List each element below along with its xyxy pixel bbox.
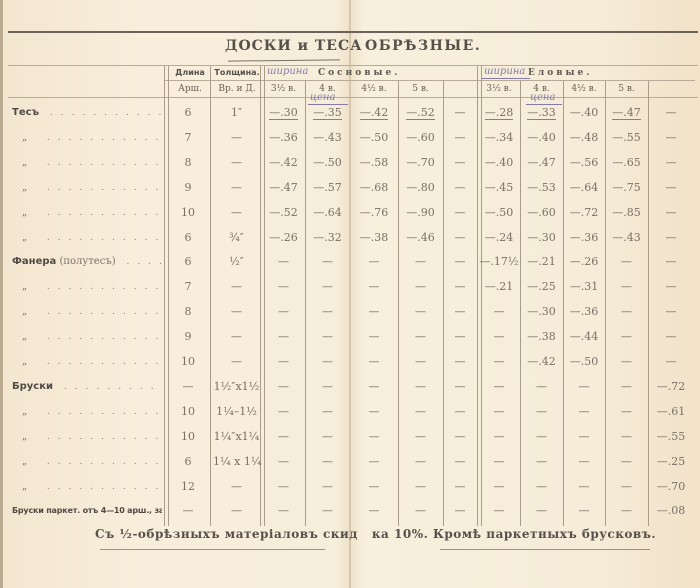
leader-dots: ............	[36, 307, 162, 317]
cell-value: —	[369, 330, 380, 343]
cell-value: 10	[181, 405, 195, 418]
cell-value: 7	[185, 280, 192, 293]
pine-price-cell: —	[398, 474, 443, 500]
spruce-price-cell: —.21	[478, 274, 520, 300]
length-cell: 7	[168, 274, 208, 300]
cell-value: —	[415, 355, 426, 368]
cell-value: 1¼″x1¼	[214, 430, 260, 443]
pine-price-cell: —	[262, 249, 305, 275]
cell-value: —	[369, 405, 380, 418]
cell-value: —.55	[657, 430, 686, 443]
cell-value: —	[278, 330, 289, 343]
row-label: „ ............	[12, 474, 162, 500]
footer-underline	[100, 549, 325, 550]
pine-price-cell: —	[398, 399, 443, 425]
cell-value: —	[494, 480, 505, 493]
cell-value: —.36	[269, 131, 298, 144]
length-cell: 8	[168, 299, 208, 325]
pine-width-3-5: 3½ в.	[262, 84, 305, 94]
spruce-price-cell: —	[648, 125, 694, 151]
cell-value: —	[579, 504, 590, 517]
cell-value: —	[278, 305, 289, 318]
cell-value: —	[579, 380, 590, 393]
pine-width-5: 5 в.	[398, 84, 443, 94]
cell-value: —.30	[269, 106, 298, 120]
leader-dots: ............	[36, 407, 162, 417]
cell-value: 7	[185, 131, 192, 144]
spruce-price-cell: —.21	[520, 249, 563, 275]
cell-value: —.61	[657, 405, 686, 418]
spruce-price-cell: —	[478, 299, 520, 325]
spruce-price-cell: —.40	[563, 100, 605, 126]
cell-value: —	[536, 504, 547, 517]
pine-price-cell: —.38	[350, 225, 398, 251]
pine-price-cell: —.47	[262, 175, 305, 201]
leader-dots: ............	[36, 133, 162, 143]
row-sublabel: (полутесъ)	[59, 256, 115, 267]
cell-value: —.21	[485, 280, 514, 293]
cell-value: —	[369, 255, 380, 268]
pine-price-cell: —	[262, 498, 305, 524]
table-row: Бруски паркет. отъ 4—10 арш., за арш.———…	[0, 498, 700, 524]
leader-dots: ...........	[53, 382, 162, 392]
cell-value: —	[183, 504, 194, 517]
spruce-price-cell: —	[648, 274, 694, 300]
cell-value: —	[536, 480, 547, 493]
cell-value: —	[415, 380, 426, 393]
leader-dots: ............	[36, 233, 162, 243]
pine-price-cell: —.58	[350, 150, 398, 176]
cell-value: 6	[185, 255, 192, 268]
leader-dots: ............	[36, 183, 162, 193]
length-cell: 9	[168, 324, 208, 350]
row-label-text: Фанера	[12, 256, 56, 267]
pine-price-cell: —	[443, 150, 477, 176]
handwritten-width-note-pine: ширина	[267, 66, 308, 77]
ditto-mark: „	[12, 175, 36, 201]
cell-value: —	[494, 305, 505, 318]
spruce-price-cell: —.40	[478, 150, 520, 176]
spruce-price-cell: —	[605, 274, 648, 300]
row-label-text: Тесъ	[12, 107, 39, 118]
cell-value: —.50	[313, 156, 342, 169]
pine-price-cell: —	[443, 274, 477, 300]
pine-price-cell: —	[443, 299, 477, 325]
pine-price-cell: —	[262, 424, 305, 450]
row-label-text: Бруски паркет. отъ 4—10 арш., за арш.	[12, 506, 162, 515]
spruce-price-cell: —	[478, 324, 520, 350]
cell-value: —.45	[485, 181, 514, 194]
cell-value: —.52	[269, 206, 298, 219]
spruce-price-cell: —	[605, 498, 648, 524]
cell-value: —	[666, 280, 677, 293]
cell-value: —	[666, 156, 677, 169]
cell-value: 1¼–1½	[216, 405, 257, 418]
spruce-price-cell: —	[648, 324, 694, 350]
cell-value: —.38	[360, 231, 389, 244]
spruce-price-cell: —.24	[478, 225, 520, 251]
cell-value: —	[322, 455, 333, 468]
thickness-cell: —	[213, 349, 260, 375]
title-left: ДОСКИ и ТЕСА	[225, 38, 363, 54]
spruce-price-cell: —	[648, 150, 694, 176]
pine-price-cell: —	[443, 349, 477, 375]
cell-value: —	[278, 380, 289, 393]
cell-value: —	[231, 156, 242, 169]
pine-price-cell: —.76	[350, 200, 398, 226]
cell-value: —	[494, 430, 505, 443]
cell-value: —	[415, 405, 426, 418]
row-label: „ ............	[12, 125, 162, 151]
cell-value: —	[278, 504, 289, 517]
spruce-price-cell: —	[563, 498, 605, 524]
cell-value: —	[322, 480, 333, 493]
cell-value: —.72	[657, 380, 686, 393]
pine-price-cell: —	[350, 424, 398, 450]
cell-value: —	[231, 280, 242, 293]
cell-value: —	[621, 255, 632, 268]
cell-value: —	[666, 231, 677, 244]
pine-price-cell: —	[398, 299, 443, 325]
row-label: „ ............	[12, 175, 162, 201]
thickness-cell: 1½″x1½	[213, 374, 260, 400]
cell-value: —.47	[612, 106, 641, 120]
spruce-price-cell: —.36	[563, 299, 605, 325]
cell-value: —	[536, 455, 547, 468]
thickness-cell: —	[213, 125, 260, 151]
spruce-price-cell: —	[563, 374, 605, 400]
table-row: „ ............10——.52—.64—.76—.90——.50—.…	[0, 200, 700, 226]
spruce-price-cell: —.45	[478, 175, 520, 201]
pine-price-cell: —	[443, 125, 477, 151]
spruce-price-cell: —	[520, 498, 563, 524]
row-label: „ ............	[12, 399, 162, 425]
spruce-price-cell: —	[605, 324, 648, 350]
pine-price-cell: —.35	[305, 100, 350, 126]
length-unit: Арш.	[172, 84, 208, 94]
cell-value: —.42	[527, 355, 556, 368]
spruce-price-cell: —	[648, 225, 694, 251]
pine-price-cell: —	[443, 399, 477, 425]
pine-price-cell: —	[350, 474, 398, 500]
pine-price-cell: —.68	[350, 175, 398, 201]
ditto-mark: „	[12, 225, 36, 251]
scanned-price-list-page: ДОСКИ и ТЕСА ОБРѢЗНЫЕ. Длина Арш. Толщин…	[0, 0, 700, 588]
cell-value: —.30	[527, 305, 556, 318]
spruce-price-cell: —.56	[563, 150, 605, 176]
length-header: Длина	[172, 68, 208, 77]
spruce-price-cell: —	[648, 200, 694, 226]
ditto-mark: „	[12, 125, 36, 151]
table-row: „ ............12———————————.70	[0, 474, 700, 500]
row-label: „ ............	[12, 225, 162, 251]
pine-price-cell: —	[262, 474, 305, 500]
cell-value: —	[666, 330, 677, 343]
spruce-price-cell: —.55	[605, 125, 648, 151]
cell-value: —	[455, 255, 466, 268]
row-label: „ ............	[12, 150, 162, 176]
pine-price-cell: —.46	[398, 225, 443, 251]
spruce-price-cell: —	[563, 474, 605, 500]
cell-value: —.40	[527, 131, 556, 144]
cell-value: —	[621, 480, 632, 493]
spruce-price-cell: —	[648, 175, 694, 201]
spruce-price-cell: —.75	[605, 175, 648, 201]
spruce-price-cell: —.26	[563, 249, 605, 275]
pine-price-cell: —	[262, 299, 305, 325]
spruce-price-cell: —	[605, 299, 648, 325]
thickness-cell: 1″	[213, 100, 260, 126]
cell-value: —	[455, 231, 466, 244]
thickness-cell: —	[213, 474, 260, 500]
cell-value: —	[415, 280, 426, 293]
spruce-price-cell: —	[520, 399, 563, 425]
table-row: „ ............9——.47—.57—.68—.80——.45—.5…	[0, 175, 700, 201]
pine-price-cell: —	[443, 175, 477, 201]
cell-value: —	[455, 330, 466, 343]
pine-price-cell: —	[350, 274, 398, 300]
cell-value: —	[278, 355, 289, 368]
pine-price-cell: —.50	[305, 150, 350, 176]
leader-dots: ............	[36, 432, 162, 442]
cell-value: —	[415, 430, 426, 443]
pine-price-cell: —	[398, 498, 443, 524]
cell-value: —	[322, 405, 333, 418]
spruce-price-cell: —	[605, 399, 648, 425]
pine-price-cell: —	[350, 299, 398, 325]
cell-value: —	[666, 181, 677, 194]
spruce-price-cell: —.61	[648, 399, 694, 425]
spruce-price-cell: —	[520, 374, 563, 400]
cell-value: —	[536, 430, 547, 443]
length-cell: 6	[168, 249, 208, 275]
spruce-price-cell: —.64	[563, 175, 605, 201]
row-label: Фанера (полутесъ) .....	[12, 249, 162, 275]
pine-price-cell: —.70	[398, 150, 443, 176]
cell-value: 6	[185, 106, 192, 119]
cell-value: —	[494, 504, 505, 517]
cell-value: —	[455, 280, 466, 293]
cell-value: —	[369, 480, 380, 493]
discount-note: Съ ½-обрѣзныхъ матеріаловъ скид ка 10%. …	[95, 527, 655, 541]
spruce-price-cell: —.42	[520, 349, 563, 375]
spruce-price-cell: —.30	[520, 225, 563, 251]
pine-price-cell: —	[443, 498, 477, 524]
cell-value: —	[322, 330, 333, 343]
spruce-price-cell: —.33	[520, 100, 563, 126]
cell-value: —	[415, 255, 426, 268]
spruce-price-cell: —	[605, 449, 648, 475]
pine-price-cell: —.26	[262, 225, 305, 251]
cell-value: —.38	[527, 330, 556, 343]
cell-value: —	[621, 280, 632, 293]
length-cell: 6	[168, 100, 208, 126]
table-row: „ ............9————————.38—.44——	[0, 324, 700, 350]
cell-value: —.44	[570, 330, 599, 343]
header-rule-top	[8, 65, 698, 66]
cell-value: —	[231, 206, 242, 219]
cell-value: —	[278, 405, 289, 418]
pine-price-cell: —	[305, 299, 350, 325]
length-cell: 8	[168, 150, 208, 176]
cell-value: —.17½	[479, 255, 518, 268]
spruce-price-cell: —.31	[563, 274, 605, 300]
pine-price-cell: —	[443, 225, 477, 251]
spruce-price-cell: —.50	[478, 200, 520, 226]
cell-value: ½″	[229, 255, 244, 268]
spruce-price-cell: —	[605, 474, 648, 500]
pine-price-cell: —	[305, 249, 350, 275]
row-label: Бруски паркет. отъ 4—10 арш., за арш.	[12, 498, 162, 524]
cell-value: —	[494, 355, 505, 368]
pine-price-cell: —	[305, 424, 350, 450]
cell-value: —	[621, 305, 632, 318]
cell-value: —.80	[406, 181, 435, 194]
spruce-price-cell: —.25	[520, 274, 563, 300]
row-label: „ ............	[12, 324, 162, 350]
cell-value: —.26	[269, 231, 298, 244]
cell-value: —	[621, 330, 632, 343]
leader-dots: ............	[36, 482, 162, 492]
length-cell: 10	[168, 349, 208, 375]
row-label: „ ............	[12, 424, 162, 450]
cell-value: —	[322, 255, 333, 268]
table-row: „ ............8——.42—.50—.58—.70——.40—.4…	[0, 150, 700, 176]
cell-value: —	[278, 455, 289, 468]
cell-value: —	[666, 106, 677, 119]
cell-value: —	[231, 355, 242, 368]
cell-value: —.24	[485, 231, 514, 244]
cell-value: —	[455, 430, 466, 443]
pine-price-cell: —	[262, 274, 305, 300]
spruce-price-cell: —.53	[520, 175, 563, 201]
length-cell: —	[168, 374, 208, 400]
length-cell: 7	[168, 125, 208, 151]
table-row: „ ............7——.36—.43—.50—.60——.34—.4…	[0, 125, 700, 151]
cell-value: —	[579, 430, 590, 443]
pine-price-cell: —	[262, 324, 305, 350]
title-handwritten-underline	[228, 59, 340, 61]
pine-price-cell: —	[443, 374, 477, 400]
cell-value: —.47	[269, 181, 298, 194]
table-row: „ ............61¼ x 1¼——————————.25	[0, 449, 700, 475]
cell-value: —	[369, 355, 380, 368]
pine-price-cell: —.60	[398, 125, 443, 151]
spruce-price-cell: —.72	[648, 374, 694, 400]
spruce-price-cell: —	[478, 374, 520, 400]
thickness-cell: 1¼ x 1¼	[213, 449, 260, 475]
spruce-price-cell: —.40	[520, 125, 563, 151]
pine-price-cell: —	[398, 274, 443, 300]
cell-value: —	[231, 305, 242, 318]
length-cell: —	[168, 498, 208, 524]
leader-dots: ............	[36, 357, 162, 367]
cell-value: —.28	[485, 106, 514, 120]
cell-value: —.36	[570, 231, 599, 244]
cell-value: —.48	[570, 131, 599, 144]
handwritten-stroke	[482, 78, 530, 79]
cell-value: —.57	[313, 181, 342, 194]
length-cell: 10	[168, 424, 208, 450]
row-label: „ ............	[12, 299, 162, 325]
cell-value: —.47	[527, 156, 556, 169]
cell-value: —.31	[570, 280, 599, 293]
leader-dots: ............	[36, 282, 162, 292]
cell-value: —	[455, 480, 466, 493]
cell-value: —	[278, 430, 289, 443]
title-right: ОБРѢЗНЫЕ.	[365, 38, 481, 54]
row-label: „ ............	[12, 274, 162, 300]
spruce-price-cell: —.34	[478, 125, 520, 151]
cell-value: —.35	[313, 106, 342, 120]
table-row: Тесъ ...........61″—.30—.35—.42—.52——.28…	[0, 100, 700, 126]
spruce-price-cell: —	[478, 399, 520, 425]
cell-value: 6	[185, 231, 192, 244]
cell-value: —	[369, 455, 380, 468]
cell-value: —	[278, 255, 289, 268]
header-rule-bottom	[8, 97, 698, 98]
spruce-price-cell: —.44	[563, 324, 605, 350]
ditto-mark: „	[12, 299, 36, 325]
thickness-cell: ¾″	[213, 225, 260, 251]
table-row: „ ............7———————.21—.25—.31——	[0, 274, 700, 300]
cell-value: —.58	[360, 156, 389, 169]
spruce-width-5: 5 в.	[605, 84, 648, 94]
pine-group-header: Сосновые.	[318, 68, 400, 78]
cell-value: —	[322, 430, 333, 443]
spruce-price-cell: —	[648, 100, 694, 126]
pine-price-cell: —	[443, 449, 477, 475]
pine-price-cell: —.64	[305, 200, 350, 226]
cell-value: —	[183, 380, 194, 393]
cell-value: —.33	[527, 106, 556, 120]
discount-note-right: ка 10%. Кромѣ паркетныхъ брусковъ.	[372, 527, 656, 541]
pine-price-cell: —	[443, 200, 477, 226]
pine-price-cell: —.57	[305, 175, 350, 201]
cell-value: —	[415, 330, 426, 343]
pine-price-cell: —	[305, 349, 350, 375]
cell-value: —	[621, 355, 632, 368]
cell-value: —	[621, 380, 632, 393]
spruce-price-cell: —	[478, 498, 520, 524]
cell-value: —	[415, 455, 426, 468]
thickness-cell: —	[213, 150, 260, 176]
cell-value: —.70	[406, 156, 435, 169]
cell-value: —	[231, 181, 242, 194]
spruce-width-4-5: 4½ в.	[563, 84, 605, 94]
spruce-price-cell: —	[478, 474, 520, 500]
table-row: „ ............10————————.42—.50——	[0, 349, 700, 375]
spruce-price-cell: —	[563, 449, 605, 475]
cell-value: —.64	[570, 181, 599, 194]
cell-value: —	[278, 480, 289, 493]
spruce-price-cell: —	[563, 424, 605, 450]
cell-value: —	[455, 355, 466, 368]
pine-price-cell: —.80	[398, 175, 443, 201]
footer-underline	[440, 549, 650, 550]
cell-value: —.42	[360, 106, 389, 120]
spruce-price-cell: —	[605, 374, 648, 400]
cell-value: 10	[181, 430, 195, 443]
cell-value: —.65	[612, 156, 641, 169]
spruce-price-cell: —	[478, 424, 520, 450]
cell-value: —	[455, 380, 466, 393]
spruce-price-cell: —	[648, 349, 694, 375]
cell-value: —	[455, 305, 466, 318]
spruce-price-cell: —.30	[520, 299, 563, 325]
thickness-cell: —	[213, 175, 260, 201]
pine-price-cell: —	[350, 249, 398, 275]
